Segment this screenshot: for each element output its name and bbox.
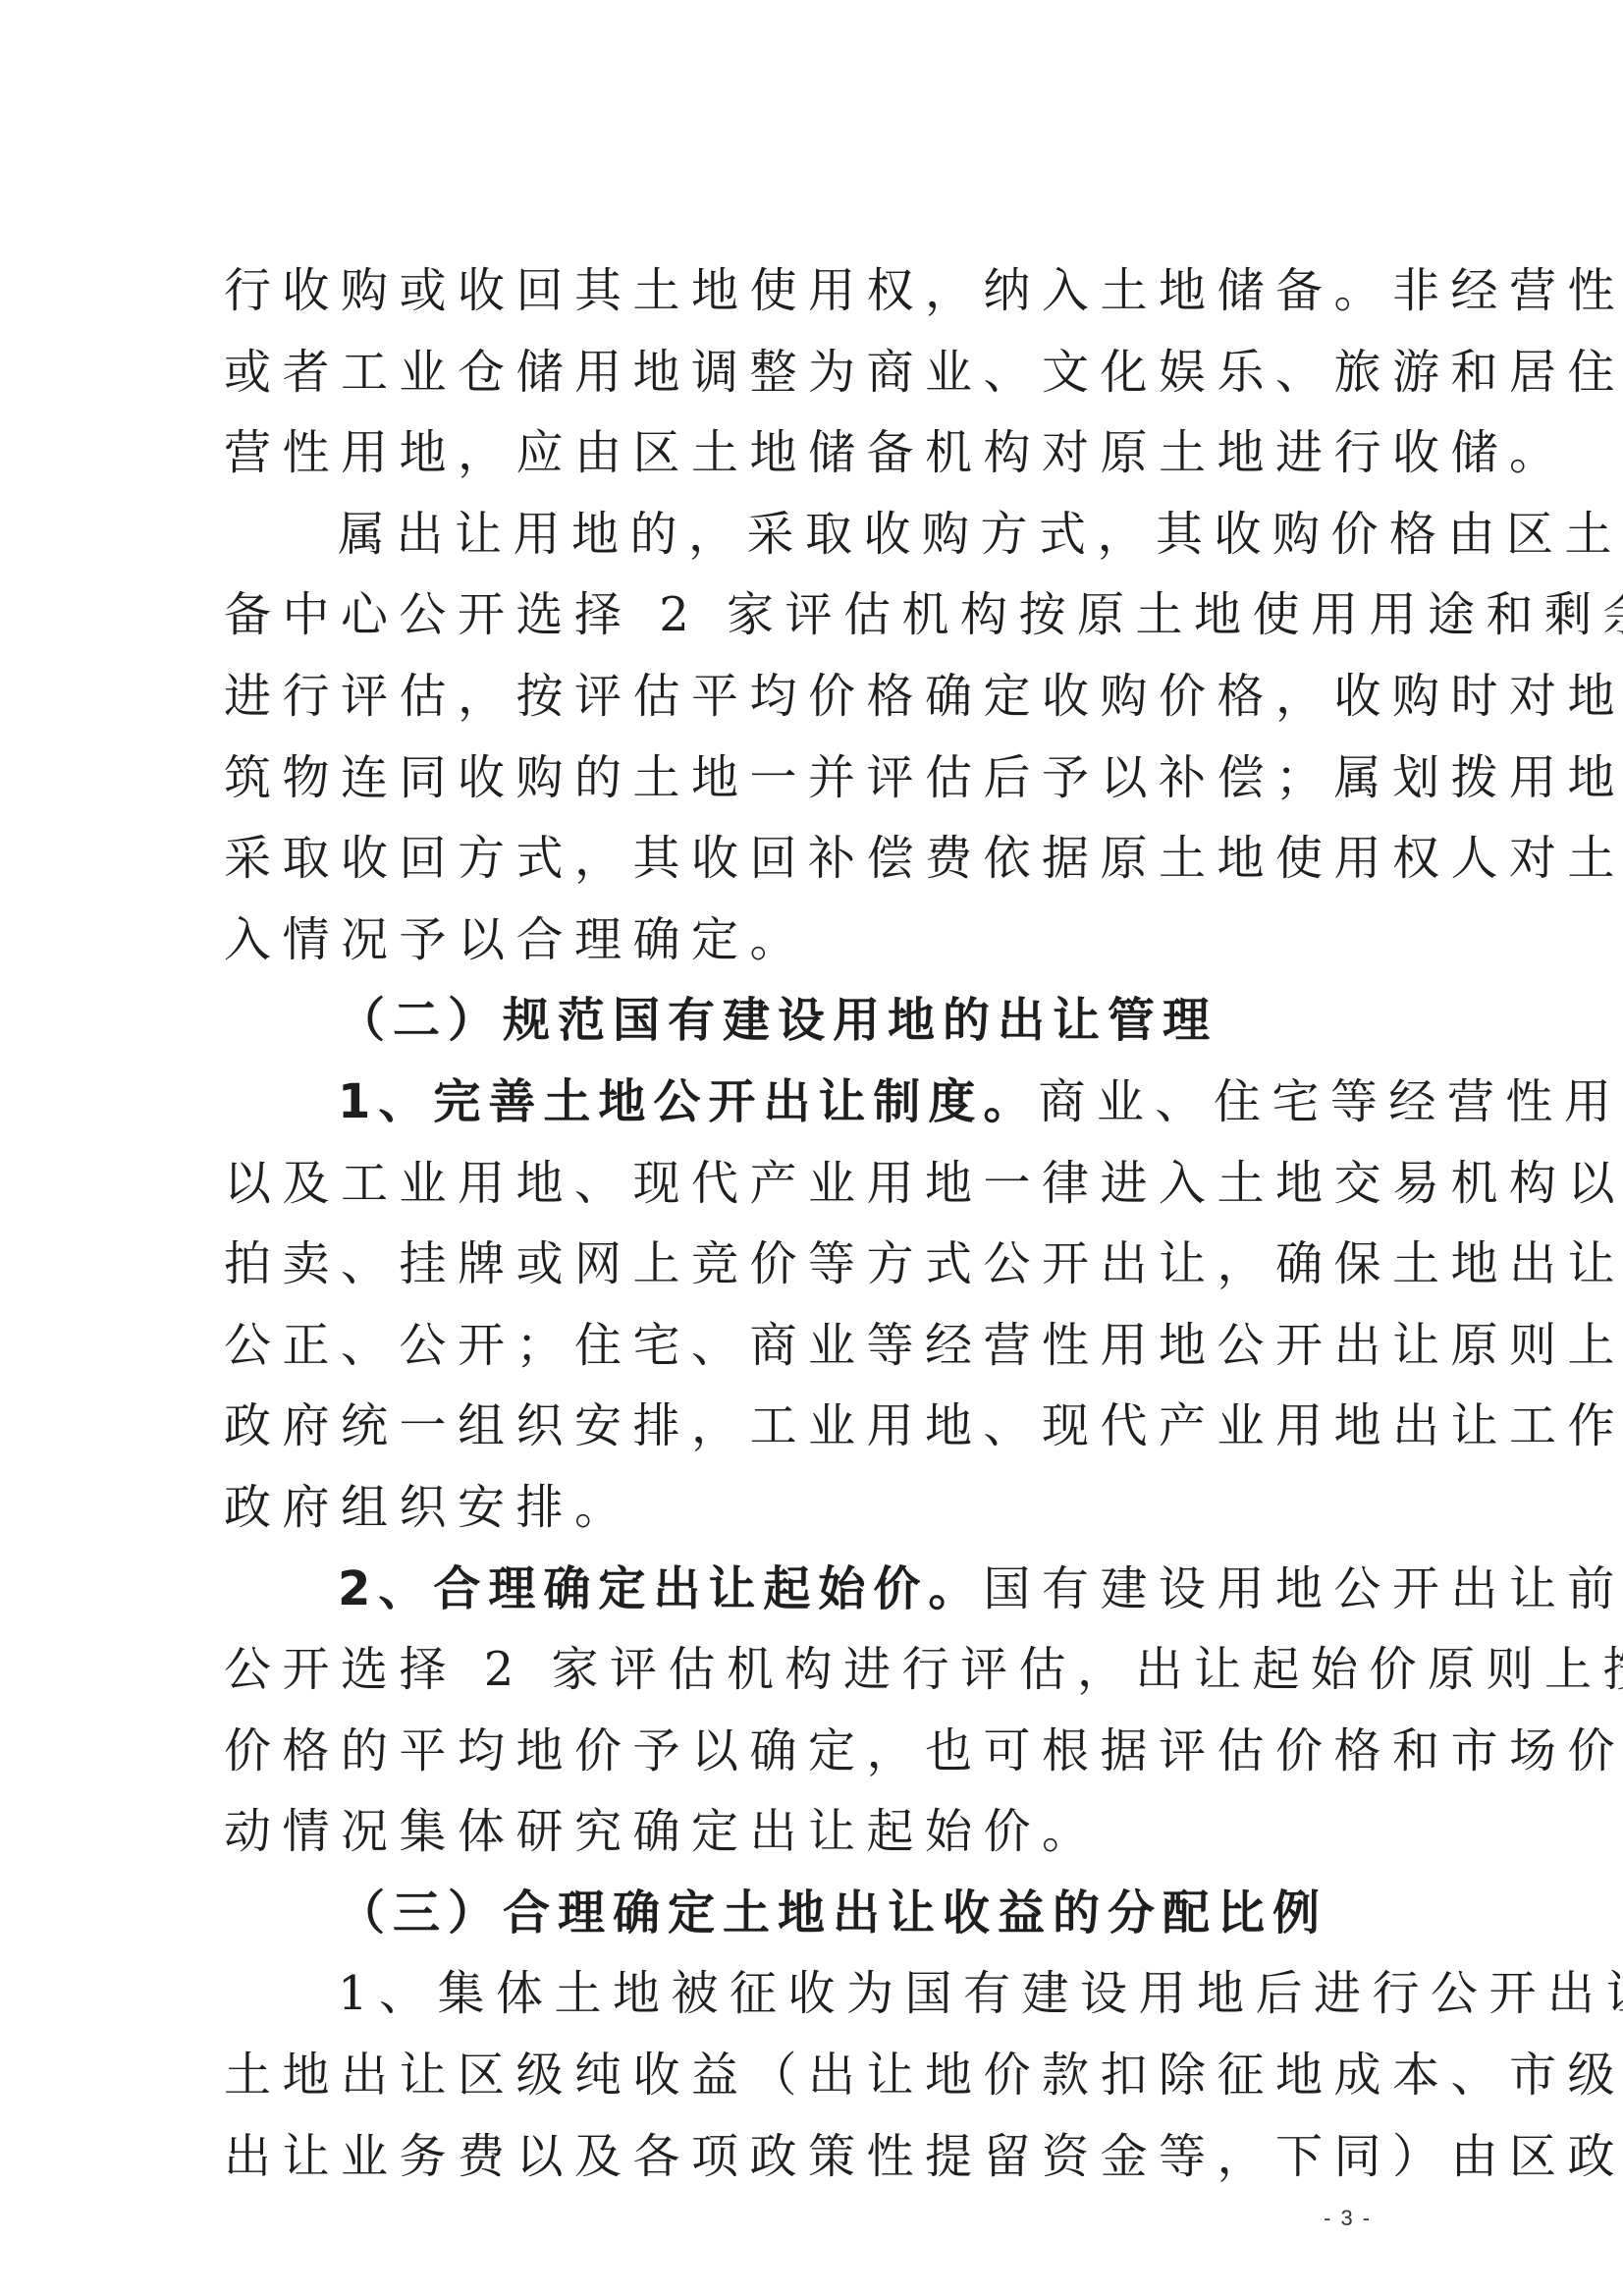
paragraph-line: 筑物连同收购的土地一并评估后予以补偿；属划拨用地的，: [224, 750, 1363, 832]
paragraph-line: 动情况集体研究确定出让起始价。: [224, 1804, 1363, 1886]
paragraph-line: 或者工业仓储用地调整为商业、文化娱乐、旅游和居住等经: [224, 345, 1363, 426]
subsection-title-2: 2、合理确定出让起始价。: [338, 1561, 983, 1616]
paragraph-line: 以及工业用地、现代产业用地一律进入土地交易机构以招标、: [224, 1156, 1363, 1237]
page-number: - 3 -: [1324, 2206, 1372, 2231]
paragraph-line: 营性用地，应由区土地储备机构对原土地进行收储。: [224, 425, 1363, 507]
paragraph-line: 价格的平均地价予以确定，也可根据评估价格和市场价格变: [224, 1723, 1363, 1805]
paragraph-line: 拍卖、挂牌或网上竞价等方式公开出让，确保土地出让公平: [224, 1236, 1363, 1318]
paragraph-line: 政府统一组织安排，工业用地、现代产业用地出让工作由区: [224, 1398, 1363, 1480]
section-heading-3: （三）合理确定土地出让收益的分配比例: [224, 1886, 1363, 1967]
paragraph-line: 属出让用地的，采取收购方式，其收购价格由区土地储: [224, 507, 1363, 588]
paragraph-line: 行收购或收回其土地使用权，纳入土地储备。非经营性用地: [224, 263, 1363, 345]
document-page: 行收购或收回其土地使用权，纳入土地储备。非经营性用地 或者工业仓储用地调整为商业…: [0, 0, 1623, 2296]
paragraph-line: 1、集体土地被征收为国有建设用地后进行公开出让的，: [224, 1966, 1363, 2048]
paragraph-line: 备中心公开选择 2 家评估机构按原土地使用用途和剩余年限: [224, 587, 1363, 669]
subsection-title-1: 1、完善土地公开出让制度。: [338, 1074, 1038, 1129]
paragraph-line: 入情况予以合理确定。: [224, 912, 1363, 994]
paragraph-line: 采取收回方式，其收回补偿费依据原土地使用权人对土地投: [224, 831, 1363, 912]
paragraph-line: 土地出让区级纯收益（出让地价款扣除征地成本、市级分成、: [224, 2048, 1363, 2129]
paragraph-line: 公正、公开；住宅、商业等经营性用地公开出让原则上由市: [224, 1318, 1363, 1399]
paragraph-line: 进行评估，按评估平均价格确定收购价格，收购时对地上建: [224, 669, 1363, 750]
section-heading-2: （二）规范国有建设用地的出让管理: [224, 993, 1363, 1074]
paragraph-line: 1、完善土地公开出让制度。商业、住宅等经营性用地: [224, 1074, 1363, 1156]
paragraph-text: 商业、住宅等经营性用地: [1038, 1074, 1623, 1129]
paragraph-line: 出让业务费以及各项政策性提留资金等，下同）由区政府和: [224, 2129, 1363, 2211]
paragraph-text: 国有建设用地公开出让前应: [983, 1561, 1623, 1616]
body-text: 行收购或收回其土地使用权，纳入土地储备。非经营性用地 或者工业仓储用地调整为商业…: [224, 263, 1363, 2210]
paragraph-line: 公开选择 2 家评估机构进行评估，出让起始价原则上按评估: [224, 1642, 1363, 1723]
paragraph-line: 2、合理确定出让起始价。国有建设用地公开出让前应: [224, 1561, 1363, 1643]
paragraph-line: 政府组织安排。: [224, 1480, 1363, 1561]
